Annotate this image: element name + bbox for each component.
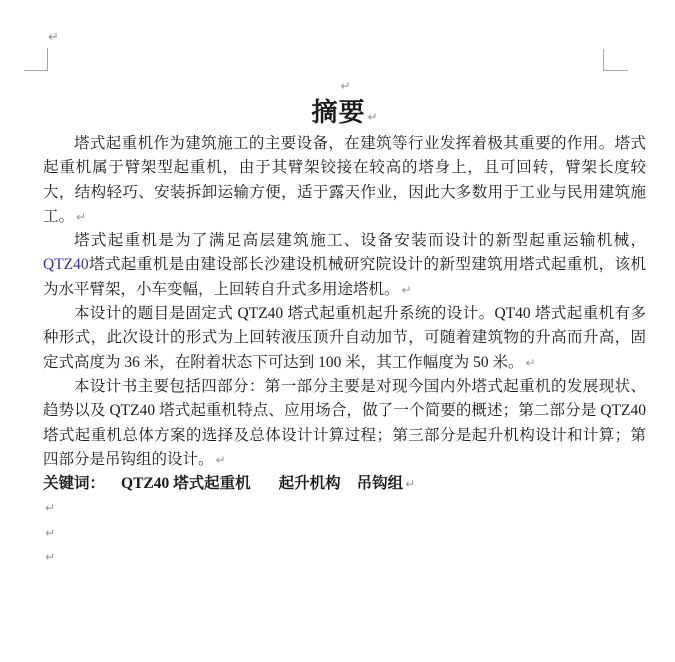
keywords-label: 关键词： xyxy=(43,475,105,492)
document-text-area: ↵ 摘要↵ 塔式起重机作为建筑施工的主要设备，在建筑等行业发挥着极其重要的作用。… xyxy=(43,74,646,569)
pilcrow-mark: ↵ xyxy=(76,210,86,224)
paragraph-2-model-code: QTZ40 xyxy=(43,256,89,273)
paragraph-4-text: 本设计书主要包括四部分：第一部分主要是对现今国内外塔式起重机的发展现状、趋势以及… xyxy=(43,378,646,468)
empty-paragraph: ↵ xyxy=(43,521,646,545)
paragraph-2-text-pre: 塔式起重机是为了满足高层建筑施工、设备安装而设计的新型起重运输机械， xyxy=(74,232,646,249)
word-document-page: { "page": { "pilcrow": "↵", "background"… xyxy=(0,0,675,662)
pilcrow-mark: ↵ xyxy=(526,356,536,370)
keywords-line: 关键词：QTZ40 塔式起重机起升机构吊钩组↵ xyxy=(43,472,646,496)
keyword-item: QTZ40 塔式起重机 xyxy=(121,475,251,492)
pilcrow-mark: ↵ xyxy=(45,550,55,564)
top-left-margin-corner-mark xyxy=(24,48,48,71)
paragraph-1: 塔式起重机作为建筑施工的主要设备，在建筑等行业发挥着极其重要的作用。塔式起重机属… xyxy=(43,132,646,229)
pilcrow-mark: ↵ xyxy=(405,477,415,491)
pilcrow-mark: ↵ xyxy=(340,79,350,93)
paragraph-2: 塔式起重机是为了满足高层建筑施工、设备安装而设计的新型起重运输机械，QTZ40塔… xyxy=(43,229,646,302)
pilcrow-mark: ↵ xyxy=(45,501,55,515)
header-pilcrow-mark: ↵ xyxy=(48,30,59,45)
keyword-item: 起升机构 xyxy=(279,475,341,492)
abstract-title: 摘要↵ xyxy=(43,98,646,132)
paragraph-4: 本设计书主要包括四部分：第一部分主要是对现今国内外塔式起重机的发展现状、趋势以及… xyxy=(43,375,646,472)
empty-paragraph: ↵ xyxy=(43,545,646,569)
abstract-title-text: 摘要 xyxy=(311,98,365,127)
paragraph-2-text-post: 塔式起重机是由建设部长沙建设机械研究院设计的新型建筑用塔式起重机，该机为水平臂架… xyxy=(43,256,646,297)
top-right-margin-corner-mark xyxy=(603,49,628,71)
pilcrow-mark: ↵ xyxy=(45,526,55,540)
paragraph-3: 本设计的题目是固定式 QTZ40 塔式起重机起升系统的设计。QT40 塔式起重机… xyxy=(43,302,646,375)
empty-paragraph: ↵ xyxy=(43,74,646,98)
pilcrow-mark: ↵ xyxy=(367,110,377,124)
paragraph-1-text: 塔式起重机作为建筑施工的主要设备，在建筑等行业发挥着极其重要的作用。塔式起重机属… xyxy=(43,135,646,225)
keyword-item: 吊钩组 xyxy=(357,475,404,492)
pilcrow-mark: ↵ xyxy=(216,453,226,467)
paragraph-3-text: 本设计的题目是固定式 QTZ40 塔式起重机起升系统的设计。QT40 塔式起重机… xyxy=(43,305,646,371)
empty-paragraph: ↵ xyxy=(43,496,646,520)
pilcrow-mark: ↵ xyxy=(402,283,412,297)
